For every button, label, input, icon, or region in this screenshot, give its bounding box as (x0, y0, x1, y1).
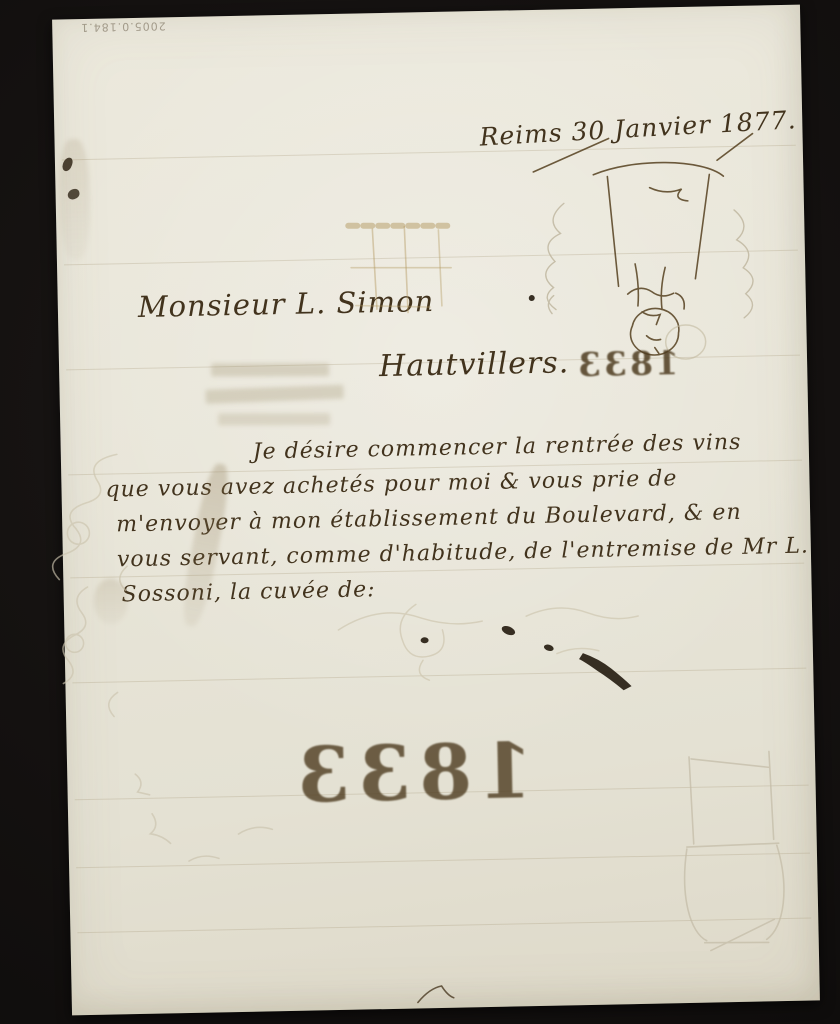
letter-paper: 2005.0.184.1 Reims 30 Janvier 1877. (52, 5, 820, 1016)
middle-sketch (319, 566, 662, 703)
edge-smudge (58, 139, 90, 260)
inventory-number: 2005.0.184.1 (80, 19, 166, 34)
figure-sketch (521, 141, 775, 361)
pencil-marks (117, 762, 319, 886)
place-line: Hautvillers. (379, 345, 570, 384)
grid-sketch (342, 215, 462, 319)
body-line-4: vous servant, comme d'habitude, de l'ent… (117, 534, 809, 573)
show-through-numerals-small: 1833 (575, 343, 680, 384)
bottom-mark (409, 980, 460, 1011)
show-through-marks (218, 413, 330, 425)
show-through-marks (205, 385, 343, 404)
show-through-numerals-large: 1833 (288, 726, 533, 820)
body-line-1: Je désire commencer la rentrée des vins (253, 430, 742, 465)
jug-sketch (673, 747, 807, 960)
show-through-marks (211, 363, 329, 376)
